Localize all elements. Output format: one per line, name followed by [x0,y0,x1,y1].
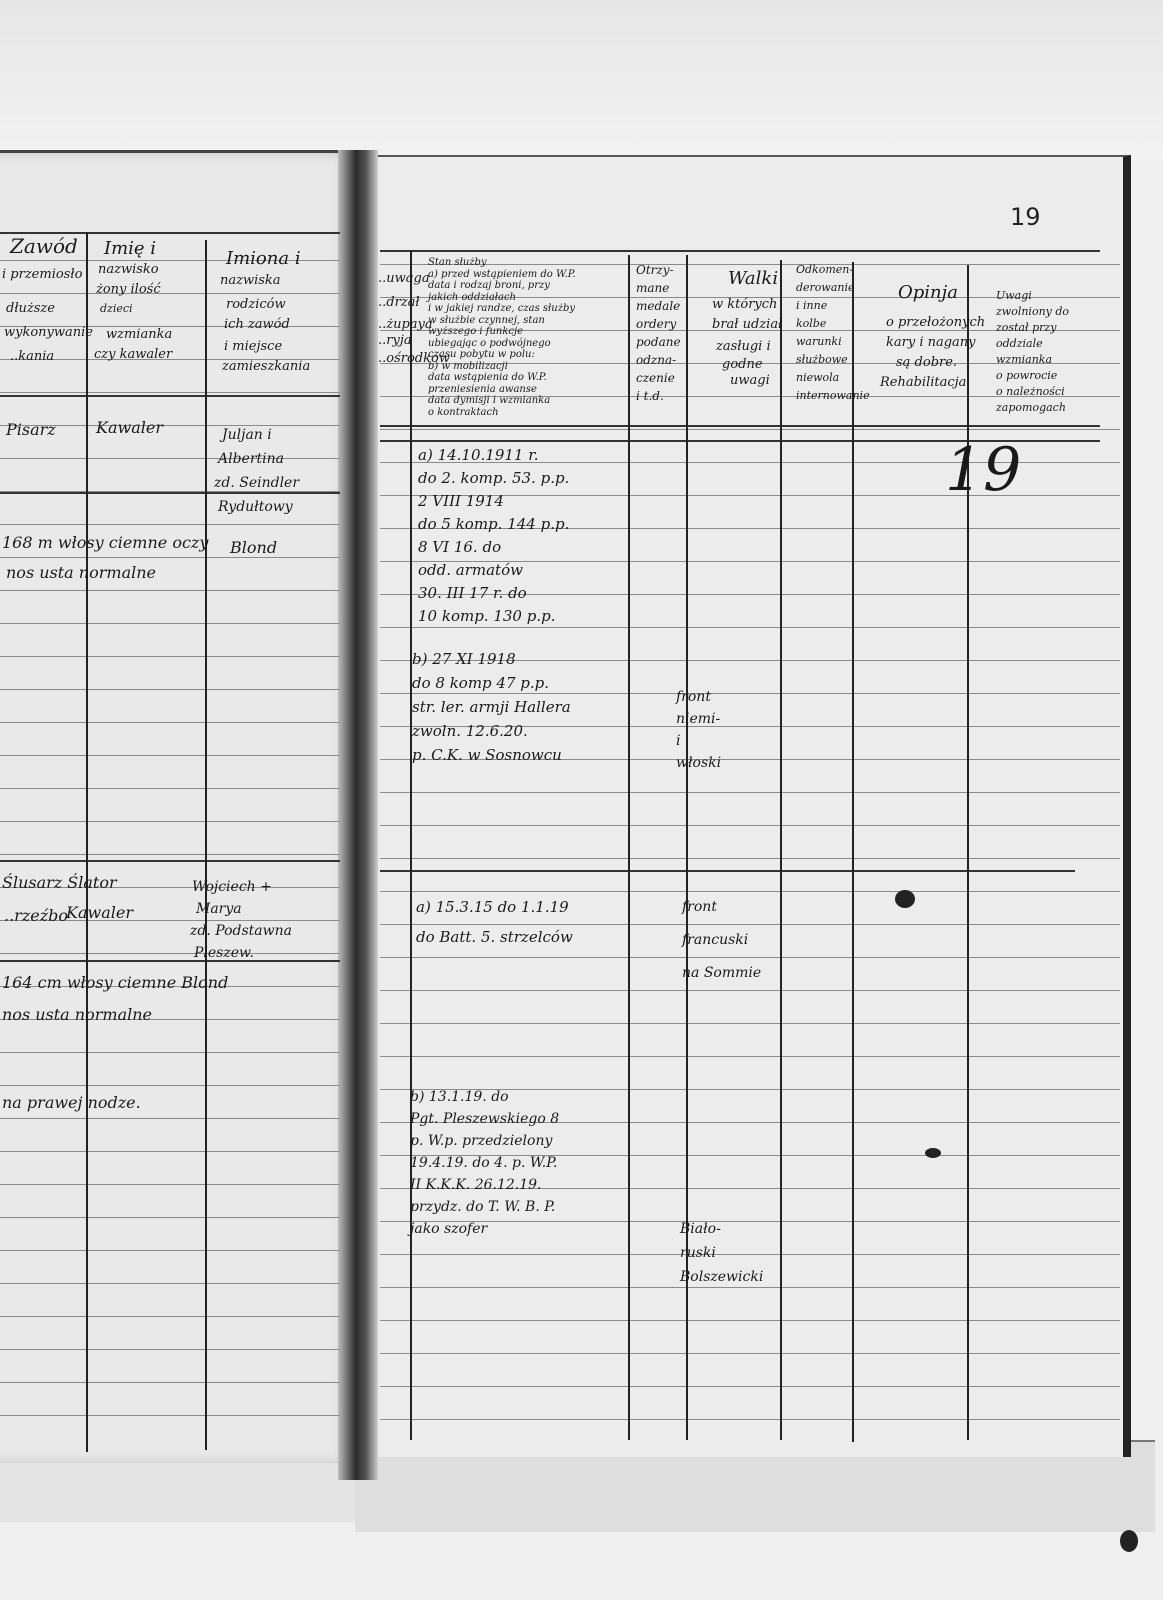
ruled-line [380,1353,1120,1354]
ruled-line [380,825,1120,826]
ruled-line [0,1250,340,1251]
marital-value: Kawaler [66,905,133,921]
battles-line: na Sommie [682,966,761,980]
service-record-line: do Batt. 5. strzelców [416,930,573,945]
ruled-line [0,458,340,459]
battles-line: front [676,690,711,704]
description-value: 168 m włosy ciemne oczy [2,535,208,551]
service-record-line: b) 27 XI 1918 [412,652,516,667]
marital-value: Kawaler [96,420,163,436]
ruled-line [0,492,340,494]
page-number-stamp: 19 [945,440,1021,500]
service-record-line: zwoln. 12.6.20. [412,724,528,739]
service-record-line: II K.K.K. 26.12.19. [410,1178,541,1192]
ruled-line [0,1085,340,1086]
ruled-line [0,395,340,397]
page-edge-left [0,1460,360,1522]
ruled-line [0,1151,340,1152]
ruled-line [0,755,340,756]
column-rule [86,232,88,1452]
ruled-line [380,425,1100,427]
ruled-line [380,250,1100,252]
ruled-line [380,1023,1120,1024]
ruled-line [0,293,340,294]
service-record-line: 10 komp. 130 p.p. [418,609,555,624]
marks-value: na prawej nodze. [2,1095,141,1111]
ruled-line [380,858,1120,859]
ruled-line [0,1349,340,1350]
ruled-line [380,870,1075,872]
ruled-line [380,429,1120,430]
service-record-line: odd. armatów [418,563,523,578]
service-record-line: p. W.p. przedzielony [410,1134,552,1148]
service-record-line: przydz. do T. W. B. P. [410,1200,555,1214]
ruled-line [380,1320,1120,1321]
service-record-line: a) 14.10.1911 r. [418,448,539,463]
ruled-line [0,590,340,591]
service-record-line: p. C.K. w Sosnowcu [412,748,562,763]
ruled-line [0,821,340,822]
battles-line: francuski [682,933,748,947]
ruled-line [0,656,340,657]
battles-line: ruski [680,1246,716,1260]
service-record-line: 2 VIII 1914 [418,494,504,509]
ruled-line [380,1419,1120,1420]
ruled-line [380,891,1120,892]
ruled-line [380,693,1120,694]
battles-line: włoski [676,756,721,770]
ruled-line [380,1221,1120,1222]
service-record-line: do 2. komp. 53. p.p. [418,471,569,486]
ruled-line [380,957,1120,958]
ruled-line [380,627,1120,628]
hair-value: Blond [230,540,277,556]
service-record-line: b) 13.1.19. do [410,1090,509,1104]
left-ledger-page [0,150,360,1463]
battles-line: Bolszewicki [680,1270,763,1284]
column-rule [780,260,782,1440]
ruled-line [0,557,340,558]
ruled-line [0,860,340,862]
service-record-line: Pgt. Pleszewskiego 8 [410,1112,559,1126]
ruled-line [0,1118,340,1119]
ruled-line [0,392,340,393]
ruled-line [0,1217,340,1218]
ruled-line [0,960,340,962]
column-rule [852,262,854,1442]
column-rule [686,255,688,1440]
service-record-line: jako szofer [410,1222,487,1236]
ruled-line [380,1056,1120,1057]
service-record-line: 30. III 17 r. do [418,586,527,601]
battles-line: i [676,734,680,748]
battles-line: front [682,900,717,914]
ruled-line [380,1386,1120,1387]
ink-blot [925,1148,941,1158]
ruled-line [380,1254,1120,1255]
ruled-line [0,1052,340,1053]
ruled-line [0,1382,340,1383]
ruled-line [0,1184,340,1185]
service-record-line: 19.4.19. do 4. p. W.P. [410,1156,557,1170]
ruled-line [0,1316,340,1317]
battles-line: niemi- [676,712,720,726]
battles-line: Biało- [680,1222,721,1236]
book-gutter [338,150,378,1480]
service-record-line: str. ler. armji Hallera [412,700,571,715]
page-number: 19 [1010,205,1041,229]
service-record-line: do 8 komp 47 p.p. [412,676,549,691]
occupation-value: Pisarz [6,422,56,438]
ruled-line [380,924,1120,925]
service-record-line: a) 15.3.15 do 1.1.19 [416,900,569,915]
ruled-line [0,854,340,855]
ruled-line [0,1283,340,1284]
ruled-line [380,264,1120,265]
ruled-line [0,623,340,624]
ruled-line [0,953,340,954]
ruled-line [380,990,1120,991]
column-rule [205,240,207,1450]
scan-background [0,0,1163,160]
service-record-line: do 5 komp. 144 p.p. [418,517,569,532]
ruled-line [0,788,340,789]
column-rule [410,250,412,1440]
service-record-line: 8 VI 16. do [418,540,501,555]
ruled-line [380,1287,1120,1288]
ruled-line [380,792,1120,793]
ruled-line [0,689,340,690]
ruled-line [0,1415,340,1416]
ink-blot [895,890,915,908]
ink-blot [1120,1530,1138,1552]
column-rule [628,255,630,1440]
ruled-line [0,722,340,723]
ruled-line [0,524,340,525]
